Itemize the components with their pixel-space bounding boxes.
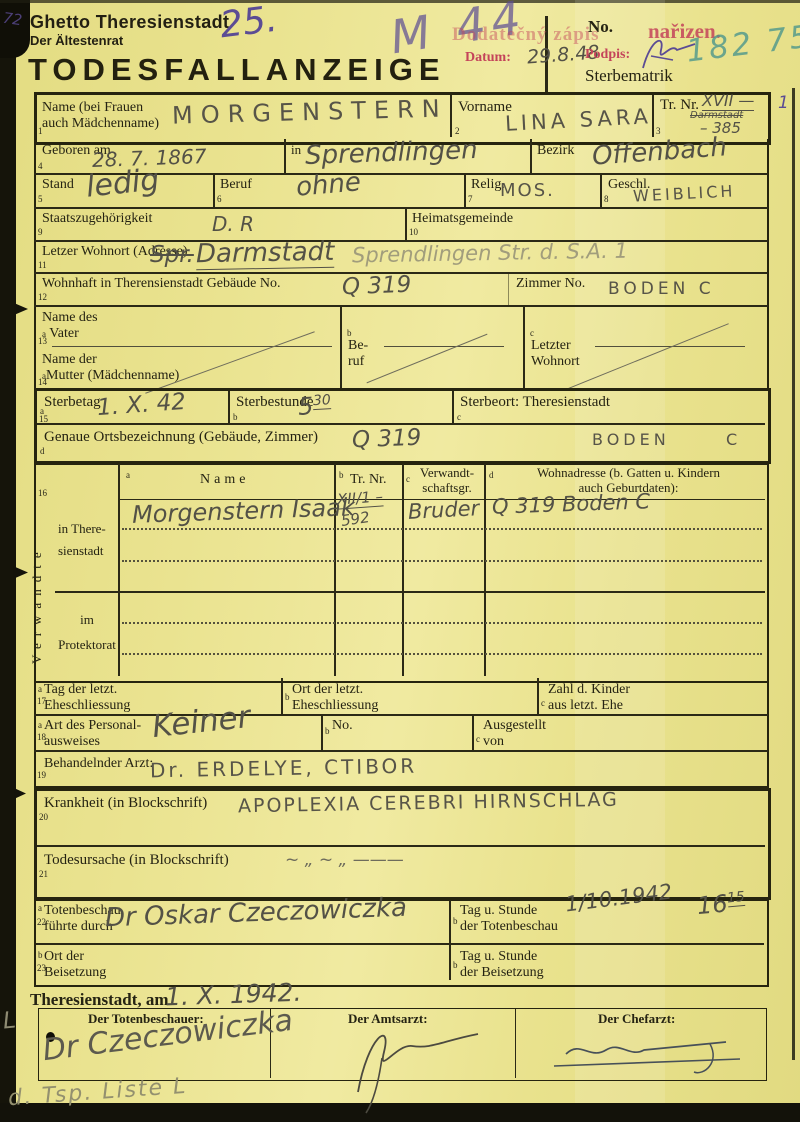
ehe-tag-line2: Eheschliessung — [44, 698, 130, 713]
rule-v — [537, 678, 539, 714]
heimat-label: Heimatsgemeinde — [412, 211, 513, 227]
ausgestellt-sub-letter: c — [476, 734, 480, 744]
field-index-20: 20 — [39, 812, 48, 822]
beisetzung-ort-sub-letter: b — [38, 950, 43, 960]
parents-wohnort-line2: Wohnort — [531, 354, 580, 369]
genau-value-c: C — [726, 430, 739, 449]
footer-place-label: Theresienstadt, am — [30, 990, 169, 1009]
rule-v — [450, 95, 452, 137]
form-title: TODESFALLANZEIGE — [28, 52, 446, 88]
genau-value-building: Q 319 — [352, 425, 422, 453]
field-index-18: 18 — [37, 732, 46, 742]
field-index-12: 12 — [38, 292, 47, 302]
field-index-4: 4 — [38, 161, 43, 171]
rule-v — [515, 1009, 516, 1078]
beisetzung-zeit-sub-letter: b — [453, 960, 458, 970]
beschau-zeit-time: 1615 — [696, 888, 747, 920]
krankheit-label: Krankheit (in Blockschrift) — [44, 795, 207, 812]
pencil-mark-top-left: 72 — [2, 9, 23, 29]
relatives-adr-sub: d — [489, 470, 494, 480]
ehe-tag-label: Tag der letzt.Eheschliessung — [44, 682, 130, 713]
field-index-3: 3 — [656, 126, 661, 136]
beruf-value: ohne — [295, 167, 362, 203]
scan-edge-left — [0, 0, 16, 1122]
field-index-23: 23 — [37, 963, 46, 973]
relig-value: MOS. — [500, 180, 555, 201]
sterbetag-label: Sterbetag — [44, 394, 101, 411]
field-index-9: 9 — [38, 227, 43, 237]
chefarzt-signature — [548, 1022, 758, 1078]
relatives-side-label: Verwandte — [30, 494, 45, 664]
ehe-zahl-label: Zahl d. Kinderaus letzt. Ehe — [548, 682, 630, 713]
rule-v — [484, 464, 486, 676]
wohnort-value: Darmstadt — [196, 237, 335, 270]
rule-v — [402, 464, 404, 676]
verw-header-line1: Verwandt- — [420, 465, 474, 480]
rule-h — [34, 305, 768, 307]
rule-v — [321, 714, 323, 750]
beisetzung-zeit-label: Tag u. Stundeder Beisetzung — [460, 949, 544, 980]
genau-sub-letter: d — [40, 446, 45, 456]
geburtsort-value: Sprendlingen — [305, 135, 479, 171]
beschau-zeit-line2: der Totenbeschau — [460, 919, 558, 934]
rule-v — [284, 139, 286, 173]
scan-edge-top — [0, 0, 800, 3]
ausweis-label: Art des Personal-ausweises — [44, 718, 141, 749]
ausgestellt-label: Ausgestelltvon — [483, 718, 546, 749]
field-index-2: 2 — [455, 126, 460, 136]
parents-wohnort-line1: Letzter — [531, 338, 571, 353]
sterbeort-label: Sterbeort: Theresienstadt — [460, 394, 610, 411]
parents-beruf-label: Be-ruf — [348, 338, 368, 369]
rule-h — [34, 714, 768, 716]
field-index-21: 21 — [39, 869, 48, 879]
trnr-value-line1: XVII — — [702, 91, 754, 111]
scanned-death-notice-page: Ghetto Theresienstadt Der Ältestenrat 25… — [0, 0, 800, 1122]
wohnort-struck-value: Spr. — [150, 242, 194, 268]
org-name-line1: Ghetto Theresienstadt — [30, 12, 229, 33]
section-divider — [55, 591, 765, 593]
table-dotted-line — [122, 560, 762, 562]
rule-v — [118, 464, 120, 676]
ehe-ort-line2: Eheschliessung — [292, 698, 378, 713]
rule-v — [228, 391, 230, 423]
relatives-verw-sub: c — [406, 474, 410, 484]
field-index-15: 15 — [39, 414, 48, 424]
vater-label: Name desa Vater — [42, 310, 98, 341]
relative-entry-trnr-line1: XII/1 – — [336, 487, 383, 509]
org-name-line2: Der Ältestenrat — [30, 33, 123, 48]
group2-line2: Protektorat — [58, 637, 116, 652]
geburtsort-label: in — [291, 143, 301, 158]
ehe-zahl-sub-letter: c — [541, 698, 545, 708]
rule-v — [464, 173, 466, 207]
beschau-zeit-label: Tag u. Stundeder Totenbeschau — [460, 903, 558, 934]
field-index-8: 8 — [604, 194, 609, 204]
group-protektorat-label: imProtektorat — [58, 608, 116, 657]
group2-line1: im — [80, 612, 94, 627]
field-index-19: 19 — [37, 770, 46, 780]
beschau-min: 15 — [726, 889, 745, 907]
verw-header-line2: schaftsgr. — [422, 480, 471, 495]
beschau-line2: führte durch — [44, 919, 113, 934]
beschau-hour: 16 — [696, 889, 729, 920]
parents-beruf-sub-letter: b — [347, 328, 352, 338]
rule-v — [213, 173, 215, 207]
amtsarzt-signature — [320, 1014, 490, 1114]
ausgestellt-line1: Ausgestellt — [483, 718, 546, 733]
genau-label: Genaue Ortsbezeichnung (Gebäude, Zimmer) — [44, 429, 318, 446]
staats-label: Staatszugehörigkeit — [42, 211, 152, 227]
mutter-label: Name deraMutter (Mädchenname) — [42, 352, 179, 383]
rule-v — [530, 139, 532, 173]
ehe-tag-line1: Tag der letzt. — [44, 682, 117, 697]
ausgestellt-line2: von — [483, 734, 504, 749]
ausweis-no-label: No. — [332, 718, 353, 734]
mutter-label-line2: Mutter (Mädchenname) — [46, 368, 179, 383]
gebaeude-label: Wohnhaft in Therensienstadt Gebäude No. — [42, 276, 281, 292]
paper-tear-mark — [14, 303, 28, 315]
rule-v — [652, 95, 654, 137]
zimmer-label: Zimmer No. — [516, 276, 585, 292]
sterbeort-sub-letter: c — [457, 412, 461, 422]
parents-beruf-line2: ruf — [348, 354, 364, 369]
ausweis-sub-letter: a — [38, 720, 42, 730]
field-index-14: 14 — [38, 377, 47, 387]
rule-v — [452, 391, 454, 423]
rule-h — [37, 423, 765, 425]
mutter-label-line1: Name der — [42, 352, 97, 367]
beisetzung-zeit-line1: Tag u. Stunde — [460, 949, 537, 964]
beisetzung-ort-label: Ort derBeisetzung — [44, 949, 106, 980]
relatives-name-sub: a — [126, 470, 130, 480]
genau-value-boden: BODEN — [592, 430, 670, 449]
entry-baseline — [384, 346, 504, 347]
rule-v — [523, 305, 525, 388]
stand-label: Stand — [42, 177, 74, 193]
margin-number: 1 — [778, 93, 789, 113]
field-index-17: 17 — [37, 696, 46, 706]
todesursache-ditto-marks: ~ „ ~ „ ——— — [285, 850, 404, 870]
wohnort-pencil-value: Sprendlingen Str. d. S.A. 1 — [352, 239, 628, 268]
vater-label-line1: Name des — [42, 310, 98, 325]
todesursache-label: Todesursache (in Blockschrift) — [44, 852, 229, 869]
zimmer-value: BODEN C — [608, 279, 715, 299]
group-theresienstadt-label: in There-sienstadt — [58, 518, 106, 562]
parents-wohnort-sub-letter: c — [530, 328, 534, 338]
group1-line1: in There- — [58, 521, 106, 536]
gebaeude-value: Q 319 — [342, 272, 412, 300]
rule-h — [36, 943, 764, 945]
relatives-trnr-header: Tr. Nr. — [350, 472, 386, 488]
ausweis-line2: ausweises — [44, 734, 100, 749]
group1-line2: sienstadt — [58, 543, 104, 558]
beschau-sub-letter: a — [38, 903, 42, 913]
field-index-22: 22 — [37, 917, 46, 927]
table-dotted-line — [122, 622, 762, 624]
ehe-ort-line1: Ort der letzt. — [292, 682, 363, 697]
beruf-label: Beruf — [220, 177, 252, 193]
sterbematrik-label: Sterbematrik — [585, 66, 673, 85]
vater-label-line2: Vater — [49, 326, 79, 341]
sterbestunde-value: 530 — [297, 391, 331, 421]
ehe-ort-sub-letter: b — [285, 692, 290, 702]
name-label: Name (bei Frauenauch Mädchenname) — [42, 100, 159, 131]
entry-baseline — [52, 346, 332, 347]
field-index-10: 10 — [409, 227, 418, 237]
ausweis-no-sub-letter: b — [325, 726, 330, 736]
staats-value: D. R — [212, 212, 254, 236]
name-label-line2: auch Mädchenname) — [42, 116, 159, 131]
beschau-zeit-sub-letter: b — [453, 916, 458, 926]
rule-v — [600, 173, 602, 207]
table-dotted-line — [122, 528, 762, 530]
rule-v — [449, 900, 451, 980]
paper-tear-mark — [13, 566, 28, 579]
ausweis-line1: Art des Personal- — [44, 718, 141, 733]
table-dotted-line — [122, 653, 762, 655]
rule-v — [405, 207, 407, 240]
paper-tear-mark — [14, 788, 26, 799]
arzt-label: Behandelnder Arzt: — [44, 756, 153, 772]
rule-h — [37, 845, 765, 847]
relatives-trnr-sub: b — [339, 470, 344, 480]
datum-label: Datum: — [465, 50, 511, 66]
rule-v — [472, 714, 474, 750]
name-label-line1: Name (bei Frauen — [42, 100, 143, 115]
rule-h — [34, 207, 768, 209]
sterbestunde-sub-letter: b — [233, 412, 238, 422]
relative-entry-relation: Bruder — [407, 496, 479, 524]
podpis-label: Podpis: — [585, 47, 630, 63]
rule-v — [508, 272, 509, 305]
ehe-ort-label: Ort der letzt.Eheschliessung — [292, 682, 378, 713]
arzt-value: Dr. ERDELYE, CTIBOR — [150, 754, 418, 783]
beschau-zeit-line1: Tag u. Stunde — [460, 903, 537, 918]
parents-beruf-line1: Be- — [348, 338, 368, 353]
parents-wohnort-label: LetzterWohnort — [531, 338, 580, 369]
sterbestunde-min: 30 — [313, 392, 332, 410]
bezirk-label: Bezirk — [537, 143, 574, 159]
rule-h — [34, 240, 768, 242]
adr-header-line1: Wohnadresse (b. Gatten u. Kindern — [537, 465, 720, 480]
beisetzung-ort-line1: Ort der — [44, 949, 84, 964]
no-label: No. — [588, 17, 613, 36]
field-index-5: 5 — [38, 194, 43, 204]
field-index-1: 1 — [38, 126, 43, 136]
beisetzung-zeit-line2: der Beisetzung — [460, 965, 544, 980]
handwritten-number-25: 25. — [218, 0, 280, 46]
ehe-zahl-line2: aus letzt. Ehe — [548, 698, 623, 713]
scan-edge-right — [792, 88, 795, 1060]
pencil-left-mark: L — [2, 1007, 17, 1034]
rule-v — [281, 678, 283, 714]
field-index-7: 7 — [468, 194, 473, 204]
rule-v — [340, 305, 342, 388]
field-index-11: 11 — [38, 260, 47, 270]
field-index-6: 6 — [217, 194, 222, 204]
ehe-zahl-line1: Zahl d. Kinder — [548, 682, 630, 697]
ehe-tag-sub-letter: a — [38, 684, 42, 694]
relatives-verw-header: Verwandt-schaftsgr. — [412, 466, 482, 495]
beisetzung-ort-line2: Beisetzung — [44, 965, 106, 980]
rule-h — [34, 750, 768, 752]
field-index-13: 13 — [38, 336, 47, 346]
relatives-name-header: Name — [200, 472, 249, 488]
